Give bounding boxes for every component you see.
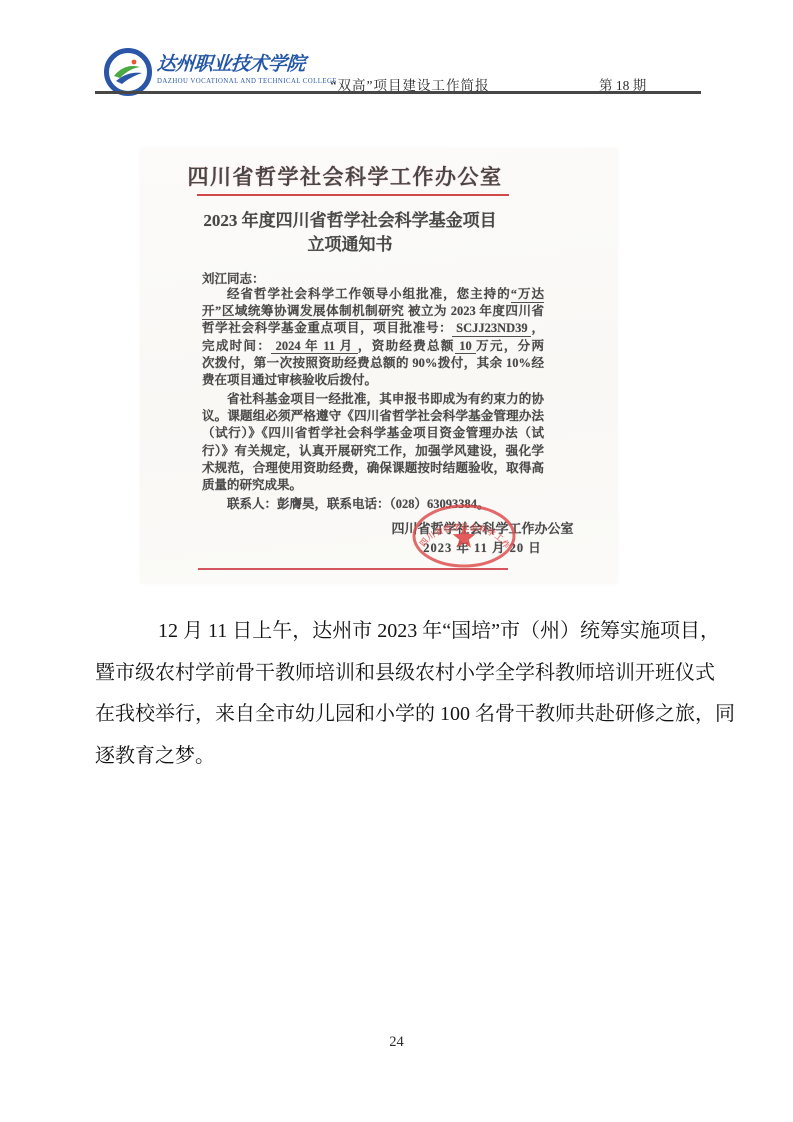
text-line: 哲学社会科学基金重点项目，项目批准号： SCJJ23ND39 ， [202,320,544,337]
text-line: 议。课题组必须严格遵守《四川省哲学社会科学基金管理办法 [202,408,544,425]
header-rule [95,91,701,94]
text-line: 质量的研究成果。 [202,477,544,494]
letter-doc-title-line1: 2023 年度四川省哲学社会科学基金项目 [180,209,520,233]
letter-org-title: 四川省哲学社会科学工作办公室 [180,161,510,191]
text-line: （试行）》《四川省哲学社会科学基金项目资金管理办法（试 [202,425,544,442]
text-line: 术规范，合理使用资助经费，确保课题按时结题验收，取得高 [202,460,544,477]
article-paragraph: 12 月 11 日上午，达州市 2023 年“国培”市（州）统筹实施项目，暨市级… [95,611,701,777]
page-number: 24 [0,1034,793,1051]
letter-salutation: 刘江同志： [202,269,265,287]
scanned-letter: 四川省哲学社会科学工作办公室 2023 年度四川省哲学社会科学基金项目 立项通知… [140,148,618,584]
letter-doc-title-line2: 立项通知书 [180,233,520,257]
letter-org-underline [197,194,509,196]
college-name-cn: 达州职业技术学院 [156,49,318,76]
text-line: 经省哲学社会科学工作领导小组批准，您主持的“万达 [202,286,544,303]
text-line: 次拨付，第一次按照资助经费总额的 90%拨付，其余 10%经 [202,355,544,372]
official-seal-icon: 四川省哲学社会科学工作办公室 [410,503,518,569]
text-line: 开”区域统筹协调发展体制机制研究 被立为 2023 年度四川省 [202,303,544,320]
text-line: 费在项目通过审核验收后拨付。 [202,372,544,389]
emblem-swoosh-icon [110,54,146,90]
letter-paragraph-1: 经省哲学社会科学工作领导小组批准，您主持的“万达开”区域统筹协调发展体制机制研究… [202,286,544,389]
letter-paragraph-2: 省社科基金项目一经批准，其申报书即成为有约束力的协议。课题组必须严格遵守《四川省… [202,391,544,494]
text-line: 完成时间： 2024 年 11 月 ，资助经费总额 10 万元，分两 [202,338,544,355]
text-line: 省社科基金项目一经批准，其申报书即成为有约束力的协 [202,391,544,408]
text-line: 暨市级农村学前骨干教师培训和县级农村小学全学科教师培训开班仪式 [95,653,701,695]
college-emblem-icon [104,48,152,96]
letterhead-footer-line [198,568,508,570]
bulletin-page: 达州职业技术学院 DAZHOU VOCATIONAL AND TECHNICAL… [0,0,793,1122]
text-line: 在我校举行，来自全市幼儿园和小学的 100 名骨干教师共赴研修之旅，同 [95,694,701,736]
text-line: 逐教育之梦。 [95,736,701,778]
text-line: 行）》有关规定，认真开展研究工作，加强学风建设，强化学 [202,443,544,460]
letter-doc-title: 2023 年度四川省哲学社会科学基金项目 立项通知书 [180,209,520,257]
text-line: 12 月 11 日上午，达州市 2023 年“国培”市（州）统筹实施项目， [95,611,701,653]
